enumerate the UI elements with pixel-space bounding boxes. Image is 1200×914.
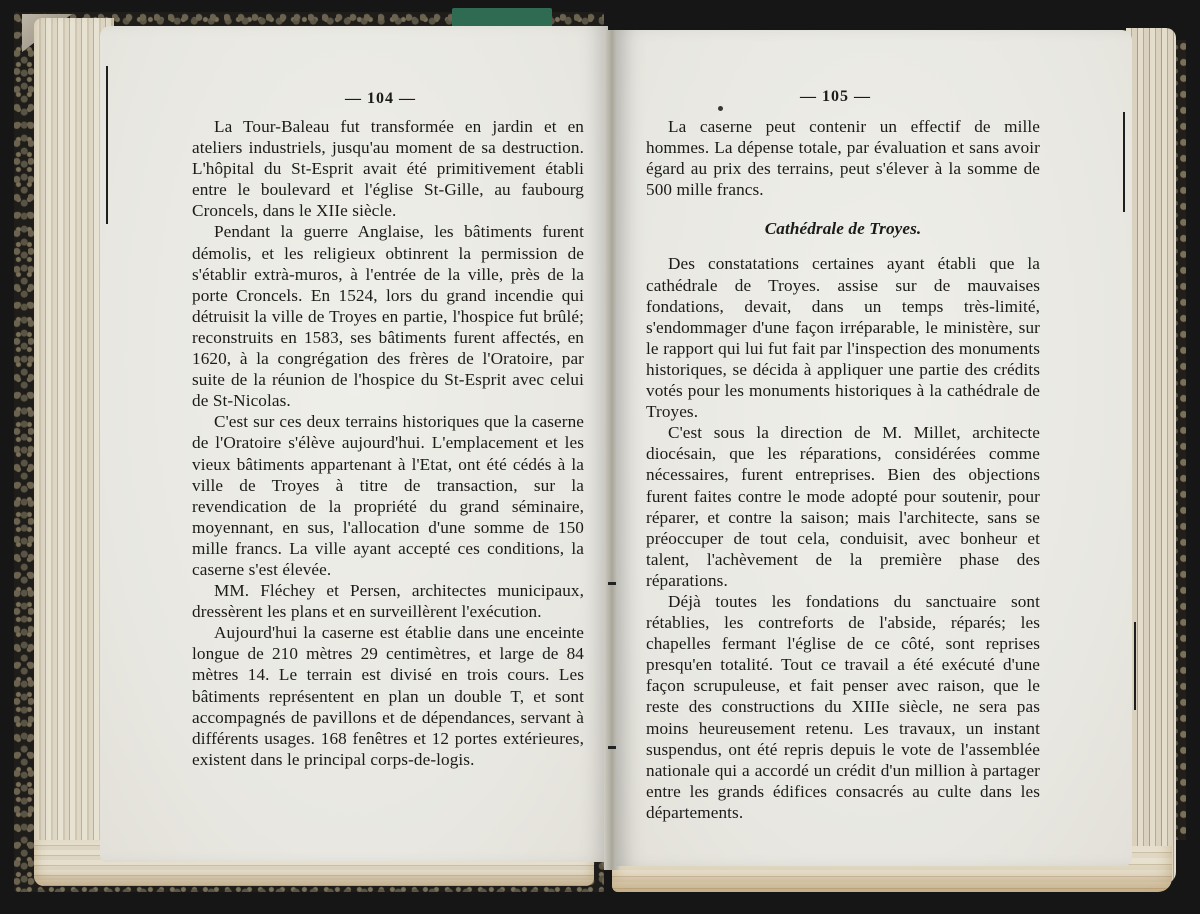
paragraph: MM. Fléchey et Persen, architectes munic… [192,580,584,622]
paragraph: C'est sous la direction de M. Millet, ar… [646,422,1040,591]
paragraph: C'est sur ces deux terrains historiques … [192,411,584,580]
ink-spot [718,106,723,111]
margin-rule-right [1123,112,1125,212]
paragraph: Des constatations certaines ayant établi… [646,253,1040,422]
paragraph: Aujourd'hui la caserne est établie dans … [192,622,584,770]
page-stack-right [1126,28,1176,884]
paragraph: La caserne peut contenir un effectif de … [646,116,1040,200]
paragraph: Pendant la guerre Anglaise, les bâtiment… [192,221,584,411]
left-page-number: — 104 — [345,90,416,108]
paragraph: La Tour-Baleau fut transformée en jardin… [192,116,584,221]
book-photo: — 104 — La Tour-Baleau fut transformée e… [0,0,1200,914]
paragraph: Déjà toutes les fondations du sanctuaire… [646,591,1040,823]
right-page-number: — 105 — [800,88,871,106]
margin-rule-right-lower [1134,622,1136,710]
right-page-text: La caserne peut contenir un effectif de … [646,116,1040,823]
section-heading: Cathédrale de Troyes. [646,218,1040,239]
left-page-text: La Tour-Baleau fut transformée en jardin… [192,116,584,770]
margin-rule-left [106,66,108,224]
